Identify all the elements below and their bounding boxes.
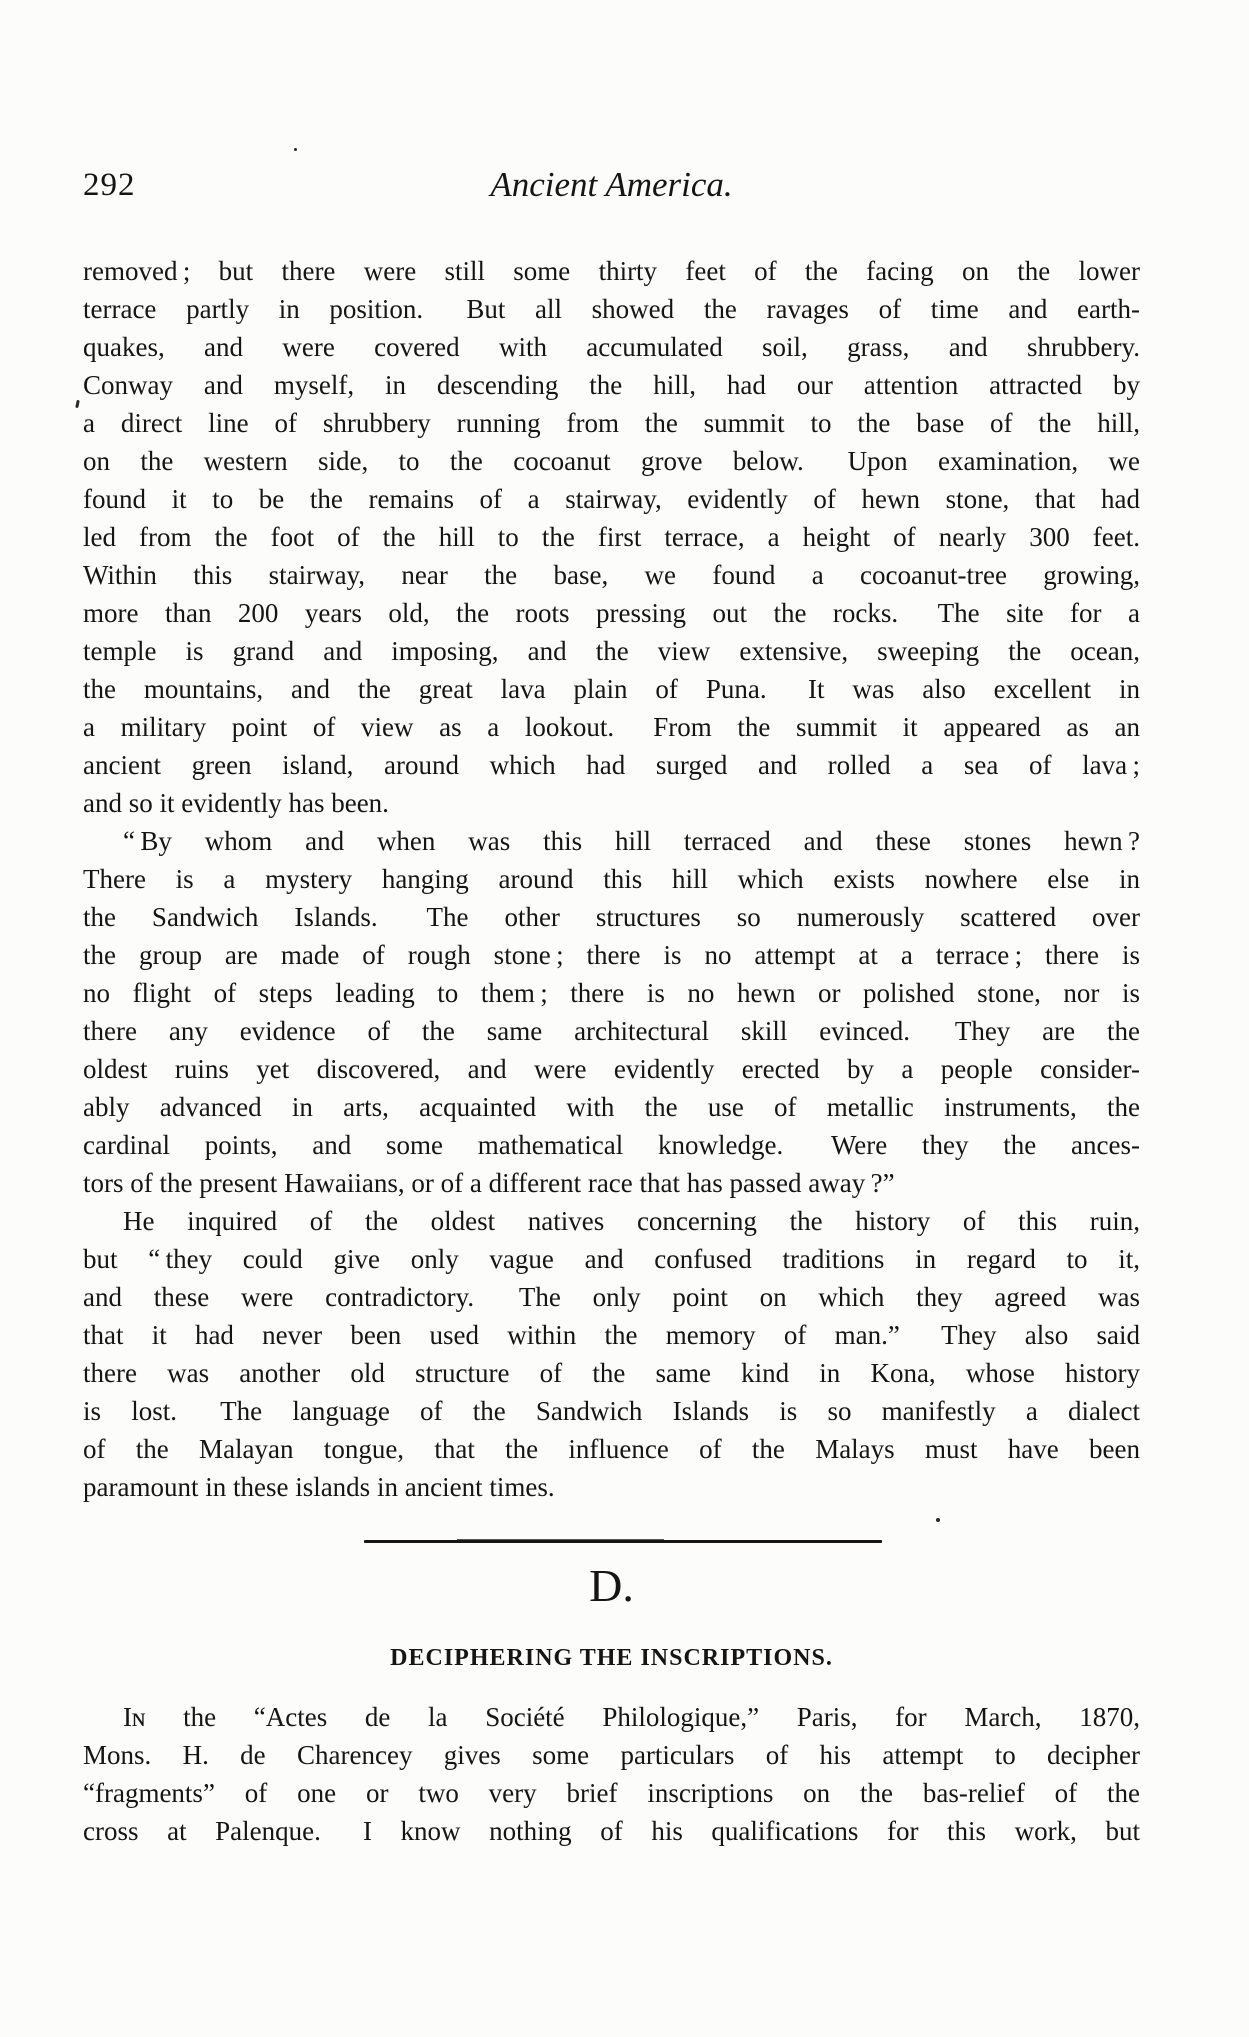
ink-speck: [75, 400, 80, 408]
text-line: There is a mystery hanging around this h…: [83, 860, 1140, 898]
section-divider: [364, 1540, 882, 1543]
text-line: Within this stairway, near the base, we …: [83, 556, 1140, 594]
text-line: Iɴ the “Actes de la Société Philologique…: [83, 1698, 1140, 1736]
text-line: ably advanced in arts, acquainted with t…: [83, 1088, 1140, 1126]
text-line: is lost. The language of the Sandwich Is…: [83, 1392, 1140, 1430]
text-line: the group are made of rough stone ; ther…: [83, 936, 1140, 974]
text-line: led from the foot of the hill to the fir…: [83, 518, 1140, 556]
text-line: a direct line of shrubbery running from …: [83, 404, 1140, 442]
paragraph: Iɴ the “Actes de la Société Philologique…: [83, 1698, 1140, 1850]
text-line: “fragments” of one or two very brief ins…: [83, 1774, 1140, 1812]
text-line: no flight of steps leading to them ; the…: [83, 974, 1140, 1012]
text-line: of the Malayan tongue, that the influenc…: [83, 1430, 1140, 1468]
text-line: oldest ruins yet discovered, and were ev…: [83, 1050, 1140, 1088]
ink-speck: [936, 1518, 940, 1522]
text-line: cardinal points, and some mathematical k…: [83, 1126, 1140, 1164]
paragraph: removed ; but there were still some thir…: [83, 252, 1140, 822]
text-line: He inquired of the oldest natives concer…: [83, 1202, 1140, 1240]
text-line: a military point of view as a lookout. F…: [83, 708, 1140, 746]
text-line: there any evidence of the same architect…: [83, 1012, 1140, 1050]
body-text: removed ; but there were still some thir…: [83, 252, 1140, 1506]
text-line: temple is grand and imposing, and the vi…: [83, 632, 1140, 670]
text-line: more than 200 years old, the roots press…: [83, 594, 1140, 632]
text-line: removed ; but there were still some thir…: [83, 252, 1140, 290]
appendix-text: Iɴ the “Actes de la Société Philologique…: [83, 1698, 1140, 1850]
text-line: the mountains, and the great lava plain …: [83, 670, 1140, 708]
text-line: ancient green island, around which had s…: [83, 746, 1140, 784]
ink-speck: [294, 148, 297, 151]
text-line: Conway and myself, in descending the hil…: [83, 366, 1140, 404]
text-line: found it to be the remains of a stairway…: [83, 480, 1140, 518]
page-header: 292 Ancient America.: [83, 163, 1140, 209]
text-line: and so it evidently has been.: [83, 784, 1140, 822]
paragraph: He inquired of the oldest natives concer…: [83, 1202, 1140, 1506]
text-line: terrace partly in position. But all show…: [83, 290, 1140, 328]
text-line: “ By whom and when was this hill terrace…: [83, 822, 1140, 860]
text-line: quakes, and were covered with accumulate…: [83, 328, 1140, 366]
text-line: cross at Palenque. I know nothing of his…: [83, 1812, 1140, 1850]
text-column: 292 Ancient America. removed ; but there…: [83, 0, 1140, 2037]
text-line: tors of the present Hawaiians, or of a d…: [83, 1164, 1140, 1202]
text-line: that it had never been used within the m…: [83, 1316, 1140, 1354]
book-page: 292 Ancient America. removed ; but there…: [0, 0, 1249, 2037]
text-line: Mons. H. de Charencey gives some particu…: [83, 1736, 1140, 1774]
running-title: Ancient America.: [83, 163, 1140, 207]
page-number: 292: [83, 165, 136, 205]
paragraph: “ By whom and when was this hill terrace…: [83, 822, 1140, 1202]
text-line: the Sandwich Islands. The other structur…: [83, 898, 1140, 936]
appendix-title: DECIPHERING THE INSCRIPTIONS.: [83, 1642, 1140, 1674]
text-line: on the western side, to the cocoanut gro…: [83, 442, 1140, 480]
text-line: paramount in these islands in ancient ti…: [83, 1468, 1140, 1506]
text-line: there was another old structure of the s…: [83, 1354, 1140, 1392]
appendix-letter-heading: D.: [83, 1558, 1140, 1614]
text-line: and these were contradictory. The only p…: [83, 1278, 1140, 1316]
text-line: but “ they could give only vague and con…: [83, 1240, 1140, 1278]
